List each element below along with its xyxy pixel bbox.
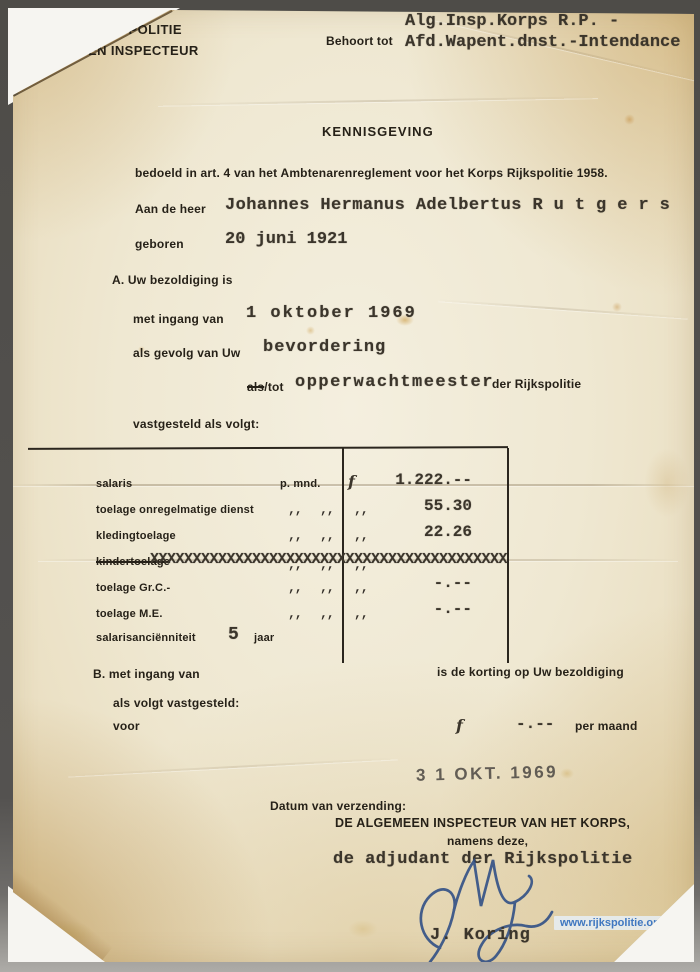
reference-label: Behoort tot	[326, 34, 393, 48]
strike-chain-x: XXXXXXXXXXXXXXXXXXXXXXXXXXXXXXXXXXXXXXXX…	[150, 551, 508, 568]
reference-line2: Afd.Wapent.dnst.-Intendance	[405, 33, 680, 52]
stain	[560, 768, 574, 779]
row-label-ancienniteit: salarisanciënniteit	[96, 632, 196, 644]
section-b-line2: als volgt vastgesteld:	[113, 696, 239, 710]
intro-line: bedoeld in art. 4 van het Ambtenarenregl…	[135, 166, 608, 180]
effective-date: 1 oktober 1969	[246, 304, 417, 323]
recipient-name: Johannes Hermanus Adelbertus R u t g e r…	[225, 196, 670, 215]
amount-toelage-me: -.--	[348, 600, 472, 618]
recipient-label: Aan de heer	[135, 202, 206, 216]
amount-kledingtoelage: 22.26	[348, 523, 472, 541]
ancienniteit-value: 5	[228, 625, 239, 645]
ditto-mark: ,,	[320, 606, 334, 621]
als-struck: als	[247, 380, 264, 394]
ancienniteit-suffix: jaar	[254, 632, 274, 644]
ditto-mark: ,,	[288, 528, 302, 543]
scanned-document: KORPS RIJKSPOLITIE ALGEMEEN INSPECTEUR B…	[0, 0, 700, 972]
section-b-amount: -.--	[516, 715, 554, 733]
rank-suffix: der Rijkspolitie	[492, 377, 581, 391]
crease-line	[438, 299, 688, 318]
section-a-heading: A. Uw bezoldiging is	[112, 273, 233, 287]
stain	[624, 114, 635, 125]
ditto-mark: ,,	[320, 502, 334, 517]
amount-salaris: 1.222.--	[348, 471, 472, 489]
table-top-rule	[28, 446, 508, 450]
signed-name: J. Koring	[430, 926, 531, 945]
rank-value: opperwachtmeester	[295, 373, 494, 392]
stain	[348, 920, 378, 938]
on-behalf-line: namens deze,	[447, 834, 528, 848]
date-stamp: 3 1 OKT. 1969	[416, 762, 559, 785]
guilder-sign-b: f	[456, 716, 463, 735]
reference-line1: Alg.Insp.Korps R.P. -	[405, 12, 619, 31]
birth-date: 20 juni 1921	[225, 230, 347, 249]
row-label-salaris: salaris	[96, 478, 132, 490]
document-title: KENNISGEVING	[322, 124, 434, 139]
send-date-label: Datum van verzending:	[270, 799, 406, 813]
fixed-label: vastgesteld als volgt:	[133, 417, 259, 431]
row-label-toelage-me: toelage M.E.	[96, 608, 163, 620]
cause-value: bevordering	[263, 338, 386, 357]
crease-line	[158, 96, 598, 106]
stain	[612, 302, 622, 312]
ditto-mark: ,,	[288, 606, 302, 621]
ditto-mark: ,,	[320, 580, 334, 595]
born-label: geboren	[135, 237, 184, 251]
section-b-heading-right: is de korting op Uw bezoldiging	[437, 665, 624, 679]
for-label: voor	[113, 719, 140, 733]
effective-label: met ingang van	[133, 312, 224, 326]
document-page: KORPS RIJKSPOLITIE ALGEMEEN INSPECTEUR B…	[8, 8, 694, 962]
unit-header: p. mnd.	[280, 478, 321, 490]
stain	[306, 326, 315, 335]
signature	[400, 856, 580, 968]
cause-label: als gevolg van Uw	[133, 346, 240, 360]
ditto-mark: ,,	[288, 502, 302, 517]
row-label-onregelmatige-dienst: toelage onregelmatige dienst	[96, 504, 254, 516]
crease-line	[68, 757, 398, 776]
ditto-mark: ,,	[288, 580, 302, 595]
amount-onregelmatige-dienst: 55.30	[348, 497, 472, 515]
row-label-toelage-grc: toelage Gr.C.-	[96, 582, 170, 594]
per-maand-label: per maand	[575, 719, 638, 733]
ditto-mark: ,,	[320, 528, 334, 543]
amount-toelage-grc: -.--	[348, 574, 472, 592]
tot-label: /tot	[264, 380, 283, 394]
section-b-heading-left: B. met ingang van	[93, 667, 200, 681]
authority-line: DE ALGEMEEN INSPECTEUR VAN HET KORPS,	[335, 816, 630, 830]
row-label-kledingtoelage: kledingtoelage	[96, 530, 176, 542]
stain	[644, 448, 690, 518]
als-tot-label: als/tot	[247, 380, 284, 394]
